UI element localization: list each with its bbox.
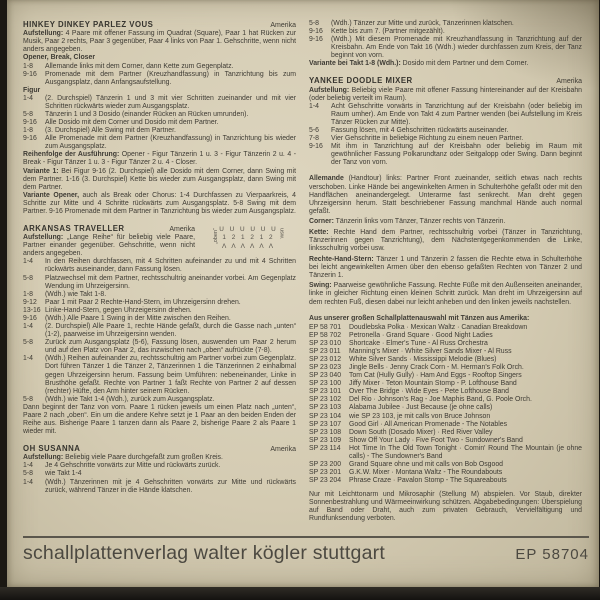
line-text: Fassung lösen, mit 4 Gehschritten rückwä…	[331, 127, 508, 134]
text-line: 9-16Kette bis zum 7. (Partner mitgezählt…	[309, 28, 582, 36]
measure-label: 5-8	[23, 275, 45, 283]
section-lines: 5-8(Wdh.) Tänzer zur Mitte und zurück, T…	[309, 20, 582, 68]
diagram-right-label: usw.	[278, 228, 285, 239]
record-entry: EP 58 702Petronella · Grand Square · Goo…	[309, 332, 582, 340]
record-titles: Jiffy Mixer · Teton Mountain Stomp - P. …	[349, 380, 517, 387]
record-entry: SP 23 114Hot Time In The Old Town Tonigh…	[309, 445, 582, 461]
line-text: Platzwechsel mit dem Partner, rechtsschu…	[45, 275, 296, 290]
record-titles: Show Off Your Lady · Five Foot Two - Sun…	[349, 437, 523, 444]
measure-label: 9-16	[23, 135, 45, 143]
line-text: (Wdh.) Tänzer zur Mitte und zurück, Tänz…	[331, 20, 514, 27]
care-notice: Nur mit Leichttonarm und Mikrosaphir (St…	[309, 491, 582, 523]
record-catalog-number: SP 23 200	[309, 461, 349, 469]
line-text: Beliebig viele Paare durchgefaßt zum gro…	[63, 454, 223, 461]
measure-label: 1-8	[23, 291, 45, 299]
record-titles: Del Rio · Johnson's Rag - Joe Maphis Ban…	[349, 396, 532, 403]
record-catalog-number: SP 23 023	[309, 364, 349, 372]
line-text: Promenade mit dem Partner (Kreuzhandfass…	[45, 71, 296, 86]
record-titles: Manning's Mixer · White Silver Sands Mix…	[349, 348, 512, 355]
measure-label: 9-16	[309, 36, 331, 44]
record-titles: G.K.W. Mixer · Montana Waltz - The Round…	[349, 469, 502, 476]
record-catalog-number: EP 58 701	[309, 324, 349, 332]
line-text: (2. Durchspiel) Alle Paare 1, rechte Hän…	[45, 323, 296, 338]
record-entry: SP 23 102Del Rio · Johnson's Rag - Joe M…	[309, 396, 582, 404]
text-line: 1-8Allemande links mit dem Corner, dann …	[23, 63, 296, 71]
text-line: Figur	[23, 87, 296, 95]
line-text: 4 Paare mit offener Fassung im Quadrat (…	[23, 30, 296, 53]
diagram-left-label: „oben“	[213, 228, 220, 244]
definition-term: Rechte-Hand-Stern:	[309, 256, 374, 263]
record-titles: Petronella · Grand Square · Good Night L…	[349, 332, 493, 339]
section-header: ARKANSAS TRAVELLER Amerika	[23, 224, 195, 234]
measure-label: 9-16	[23, 119, 45, 127]
section-definitions: Allemande (Handtour) links: Partner Fron…	[309, 175, 582, 306]
line-text: Kette bis zum 7. (Partner mitgezählt).	[331, 28, 445, 35]
section-region: Amerika	[270, 446, 296, 454]
text-line: 9-16(Wdh.) Mit diesem Promenade mit Kreu…	[309, 36, 582, 60]
record-titles: Hot Time In The Old Town Tonight · Comin…	[349, 445, 582, 460]
record-catalog-header: Aus unserer großen Schallplattenauswahl …	[309, 315, 582, 323]
text-columns: HINKEY DINKEY PARLEZ VOUS Amerika Aufste…	[23, 20, 588, 532]
publisher-name: schallplattenverlag walter kögler stuttg…	[23, 542, 385, 565]
definition-paragraph: Kette: Rechte Hand dem Partner, rechtssc…	[309, 229, 582, 253]
section-header: HINKEY DINKEY PARLEZ VOUS Amerika	[23, 20, 296, 30]
text-line: 1-4(Wdh.) Tänzerinnen mit je 4 Gehschrit…	[23, 479, 296, 495]
line-text: Je 4 Gehschritte vorwärts zur Mitte und …	[45, 462, 220, 469]
text-line: 5-8Zurück zum Ausgangsplatz (5-6), Fassu…	[23, 339, 296, 355]
record-entry: SP 23 201G.K.W. Mixer · Montana Waltz - …	[309, 469, 582, 477]
text-line: 5-8(Wdh.) wie Takt 1-4 (Wdh.), zurück zu…	[23, 396, 296, 404]
text-line: Variante 1: Bei Figur 9-16 (2. Durchspie…	[23, 168, 296, 192]
record-catalog-number: SP 23 011	[309, 348, 349, 356]
bold-lead: Reihenfolge der Ausführung:	[23, 151, 119, 158]
record-catalog-number: SP 23 108	[309, 429, 349, 437]
arkansas-header: ARKANSAS TRAVELLER Amerika Aufstellung: …	[23, 224, 296, 258]
definition-text: Paarweise gewöhnliche Fassung. Rechte Fü…	[309, 282, 582, 305]
definition-term: Kette:	[309, 229, 329, 236]
text-line: 1-4In den Reihen durchfassen, mit 4 Schr…	[23, 258, 296, 274]
measure-label: 9-16	[23, 315, 45, 323]
footer-bar: schallplattenverlag walter kögler stuttg…	[23, 536, 589, 565]
definition-paragraph: Swing: Paarweise gewöhnliche Fassung. Re…	[309, 282, 582, 306]
text-line: Aufstellung: „Lange Reihe“ für beliebig …	[23, 234, 195, 258]
line-text: Mit ihm in Tanzrichtung auf der Kreisbah…	[331, 143, 582, 166]
record-titles: wie SP 23 103, je mit calls von Bruce Jo…	[349, 413, 490, 420]
record-catalog-number: SP 23 010	[309, 340, 349, 348]
measure-label: 5-6	[309, 127, 331, 135]
text-line: Reihenfolge der Ausführung: Opener - Fig…	[23, 151, 296, 167]
measure-label: 5-8	[23, 470, 45, 478]
measure-label: 1-4	[23, 462, 45, 470]
section-title: HINKEY DINKEY PARLEZ VOUS	[23, 20, 153, 29]
line-text: Alle Dosido mit dem Corner und Dosido mi…	[45, 119, 219, 126]
record-titles: Phrase Craze · Pavalon Stomp - The Squar…	[349, 477, 507, 484]
section-lines: Aufstellung: 4 Paare mit offener Fassung…	[23, 30, 296, 216]
record-entry: SP 23 023Jingle Bells · Jenny Crack Corn…	[309, 364, 582, 372]
bold-lead: Aufstellung:	[23, 30, 63, 37]
left-column: HINKEY DINKEY PARLEZ VOUS Amerika Aufste…	[23, 20, 296, 532]
paper-background: HINKEY DINKEY PARLEZ VOUS Amerika Aufste…	[7, 0, 599, 587]
line-text: (2. Durchspiel) Tänzerin 1 und 3 mit vie…	[45, 95, 296, 110]
definition-paragraph: Corner: Tänzerin links vom Tänzer, Tänze…	[309, 218, 582, 226]
text-line: Dann beginnt der Tanz von vorn. Paare 1 …	[23, 404, 296, 436]
measure-label: 5-8	[23, 111, 45, 119]
record-titles: Jingle Bells · Jenny Crack Corn - M. Her…	[349, 364, 524, 371]
record-titles: Tom Cat (Hully Gully) · Ham And Eggs - R…	[349, 372, 522, 379]
diagram-row-dancers-up: U U U U U U	[219, 226, 278, 234]
section-oh-susanna: OH SUSANNA Amerika Aufstellung: Beliebig…	[23, 444, 296, 495]
record-titles: Alabama Jubilee · Just Because (je ohne …	[349, 404, 492, 411]
measure-label: 5-8	[309, 20, 331, 28]
text-line: 5-8Tänzerin 1 und 3 Dosido (einander Rüc…	[23, 111, 296, 119]
text-line: 9-16Alle Promenade mit dem Partner (Kreu…	[23, 135, 296, 151]
bold-lead: Aufstellung:	[23, 234, 63, 241]
diagram-row-numbers: 1 2 1 2 1 2	[219, 234, 278, 242]
measure-label: 9-12	[23, 299, 45, 307]
formation-diagram: „oben“ U U U U U U 1 2 1 2 1 2 Λ Λ Λ Λ Λ…	[201, 224, 296, 258]
line-text: Acht Gehschritte vorwärts in Tanzrichtun…	[331, 103, 582, 126]
text-line: 9-12Paar 1 mit Paar 2 Rechte-Hand-Stern,…	[23, 299, 296, 307]
record-catalog-number: SP 23 107	[309, 421, 349, 429]
record-sleeve-back: HINKEY DINKEY PARLEZ VOUS Amerika Aufste…	[0, 0, 600, 600]
text-line: 9-16Mit ihm in Tanzrichtung auf der Krei…	[309, 143, 582, 167]
text-line: 1-8(Wdh.) wie Takt 1-8.	[23, 291, 296, 299]
line-text: Tänzerin 1 und 3 Dosido (einander Rücken…	[45, 111, 248, 118]
record-titles: Down South (Dosado Mixer) · Red River Va…	[349, 429, 492, 436]
catalog-number: EP 58704	[515, 546, 589, 563]
text-line: 7-8Vier Gehschritte in beliebige Richtun…	[309, 135, 582, 143]
section-title: ARKANSAS TRAVELLER	[23, 224, 125, 233]
line-text: wie Takt 1-4	[45, 470, 82, 477]
text-line: Opener, Break, Closer	[23, 54, 296, 62]
definition-term: Corner:	[309, 218, 334, 225]
record-list: EP 58 701Doudlebska Polka · Mexican Walt…	[309, 324, 582, 486]
text-line: Variante bei Takt 1-8 (Wdh.): Dosido mit…	[309, 60, 582, 68]
text-line: 5-6Fassung lösen, mit 4 Gehschritten rüc…	[309, 127, 582, 135]
record-catalog-number: SP 23 040	[309, 372, 349, 380]
record-entry: SP 23 010Shortcake · Elmer's Tune - Al R…	[309, 340, 582, 348]
measure-label: 1-4	[23, 323, 45, 331]
record-catalog-number: SP 23 012	[309, 356, 349, 364]
line-text: Bei Figur 9-16 (2. Durchspiel) alle Dosi…	[23, 168, 296, 191]
record-entry: SP 23 101Over The Bridge · Wide Eyes - P…	[309, 388, 582, 396]
record-catalog-number: SP 23 102	[309, 396, 349, 404]
line-text: Paar 1 mit Paar 2 Rechte-Hand-Stern, im …	[45, 299, 241, 306]
text-line: Variante Opener, auch als Break oder Cho…	[23, 192, 296, 216]
measure-label: 1-4	[23, 355, 45, 363]
record-entry: SP 23 108Down South (Dosado Mixer) · Red…	[309, 429, 582, 437]
measure-label: 9-16	[309, 143, 331, 151]
record-entry: SP 23 200Grand Square ohne und mit calls…	[309, 461, 582, 469]
text-line: 13-16Linke-Hand-Stern, gegen Uhrzeigersi…	[23, 307, 296, 315]
section-hinkey-dinkey: HINKEY DINKEY PARLEZ VOUS Amerika Aufste…	[23, 20, 296, 216]
measure-label: 9-16	[309, 28, 331, 36]
record-catalog-number: SP 23 101	[309, 388, 349, 396]
text-line: 1-4(Wdh.) Reihen aufeinander zu, rechtss…	[23, 355, 296, 395]
diagram-row-dancers-down: Λ Λ Λ Λ Λ Λ	[219, 243, 278, 251]
line-text: (Wdh.) Mit diesem Promenade mit Kreuzhan…	[331, 36, 582, 59]
line-text: (Wdh.) Alle Paare 1 Swing in der Mitte z…	[45, 315, 231, 322]
measure-label: 1-4	[23, 479, 45, 487]
bold-lead: Variante 1:	[23, 168, 59, 175]
line-text: (Wdh.) Reihen aufeinander zu, rechtsschu…	[45, 355, 296, 394]
measure-label: 1-4	[309, 103, 331, 111]
bold-lead: Aufstellung:	[23, 454, 63, 461]
section-lines: Aufstellung: Beliebig viele Paare durchg…	[23, 454, 296, 494]
definition-text: Rechte Hand dem Partner, rechtsschultrig…	[309, 229, 582, 252]
bold-lead: Variante bei Takt 1-8 (Wdh.):	[309, 60, 401, 67]
section-header: OH SUSANNA Amerika	[23, 444, 296, 454]
text-line: 1-4(2. Durchspiel) Tänzerin 1 und 3 mit …	[23, 95, 296, 111]
line-text: Allemande links mit dem Corner, dann Ket…	[45, 63, 233, 70]
right-column: 5-8(Wdh.) Tänzer zur Mitte und zurück, T…	[309, 20, 582, 532]
text-line: 9-16(Wdh.) Alle Paare 1 Swing in der Mit…	[23, 315, 296, 323]
record-catalog-number: EP 58 702	[309, 332, 349, 340]
bold-lead: Aufstellung:	[309, 87, 349, 94]
record-catalog-number: SP 23 103	[309, 404, 349, 412]
photo-bottom-edge	[0, 587, 600, 600]
bold-lead: Variante Opener,	[23, 192, 79, 199]
section-lines: Aufstellung: Beliebig viele Paare mit of…	[309, 87, 582, 168]
section-header: YANKEE DOODLE MIXER Amerika	[309, 76, 582, 86]
arkansas-title-block: ARKANSAS TRAVELLER Amerika Aufstellung: …	[23, 224, 195, 258]
text-line: 5-8wie Takt 1-4	[23, 470, 296, 478]
line-text: Vier Gehschritte in beliebige Richtung z…	[331, 135, 523, 142]
record-entry: SP 23 104wie SP 23 103, je mit calls von…	[309, 413, 582, 421]
arkansas-aufstellung: Aufstellung: „Lange Reihe“ für beliebig …	[23, 234, 195, 258]
text-line: Aufstellung: Beliebig viele Paare durchg…	[23, 454, 296, 462]
record-catalog-number: SP 23 201	[309, 469, 349, 477]
line-text: Zurück zum Ausgangsplatz (5-6), Fassung …	[45, 339, 296, 354]
record-catalog-number: SP 23 100	[309, 380, 349, 388]
text-line: 5-8Platzwechsel mit dem Partner, rechtss…	[23, 275, 296, 291]
measure-label: 7-8	[309, 135, 331, 143]
bold-lead: Figur	[23, 87, 40, 94]
line-text: Dann beginnt der Tanz von vorn. Paare 1 …	[23, 404, 296, 435]
record-titles: Grand Square ohne und mit calls von Bob …	[349, 461, 503, 468]
record-entry: SP 23 204Phrase Craze · Pavalon Stomp - …	[309, 477, 582, 485]
text-line: 9-16Promenade mit dem Partner (Kreuzhand…	[23, 71, 296, 87]
diagram-rows: U U U U U U 1 2 1 2 1 2 Λ Λ Λ Λ Λ Λ	[219, 226, 278, 251]
record-entry: SP 23 107Good Girl · All American Promen…	[309, 421, 582, 429]
record-catalog-number: SP 23 114	[309, 445, 349, 453]
definition-text: (Handtour) links: Partner Front zueinand…	[309, 175, 582, 214]
section-record-catalog: Aus unserer großen Schallplattenauswahl …	[309, 315, 582, 524]
section-title: YANKEE DOODLE MIXER	[309, 76, 413, 85]
record-entry: EP 58 701Doudlebska Polka · Mexican Walt…	[309, 324, 582, 332]
text-line: Aufstellung: Beliebig viele Paare mit of…	[309, 87, 582, 103]
measure-label: 5-8	[23, 339, 45, 347]
record-entry: SP 23 040Tom Cat (Hully Gully) · Ham And…	[309, 372, 582, 380]
text-line: Aufstellung: 4 Paare mit offener Fassung…	[23, 30, 296, 54]
record-entry: SP 23 109Show Off Your Lady · Five Foot …	[309, 437, 582, 445]
line-text: Beliebig viele Paare mit offener Fassung…	[309, 87, 582, 102]
text-line: 1-4Acht Gehschritte vorwärts in Tanzrich…	[309, 103, 582, 127]
section-title: OH SUSANNA	[23, 444, 80, 453]
definition-paragraph: Allemande (Handtour) links: Partner Fron…	[309, 175, 582, 215]
measure-label: 13-16	[23, 307, 45, 315]
section-arkansas-traveller: ARKANSAS TRAVELLER Amerika Aufstellung: …	[23, 224, 296, 436]
record-titles: Over The Bridge · Wide Eyes - Pete Lofth…	[349, 388, 509, 395]
bold-lead: Opener, Break, Closer	[23, 54, 95, 61]
record-entry: SP 23 011Manning's Mixer · White Silver …	[309, 348, 582, 356]
definition-term: Allemande	[309, 175, 344, 182]
measure-label: 1-4	[23, 258, 45, 266]
line-text: (Wdh.) wie Takt 1-4 (Wdh.), zurück zum A…	[45, 396, 215, 403]
line-text: Dosido mit dem Partner und dem Corner.	[401, 60, 529, 67]
text-line: 1-4(2. Durchspiel) Alle Paare 1, rechte …	[23, 323, 296, 339]
line-text: (3. Durchspiel) Alle Swing mit dem Partn…	[45, 127, 176, 134]
record-titles: Doudlebska Polka · Mexican Waltz · Canad…	[349, 324, 527, 331]
measure-label: 9-16	[23, 71, 45, 79]
section-region: Amerika	[270, 22, 296, 30]
definition-term: Swing:	[309, 282, 332, 289]
section-oh-susanna-continued: 5-8(Wdh.) Tänzer zur Mitte und zurück, T…	[309, 20, 582, 68]
record-titles: White Silver Sands · Mississippi Melodie…	[349, 356, 496, 363]
measure-label: 5-8	[23, 396, 45, 404]
text-line: 9-16Alle Dosido mit dem Corner und Dosid…	[23, 119, 296, 127]
section-region: Amerika	[556, 78, 582, 86]
text-line: 1-8(3. Durchspiel) Alle Swing mit dem Pa…	[23, 127, 296, 135]
definition-paragraph: Rechte-Hand-Stern: Tänzer 1 und Tänzerin…	[309, 256, 582, 280]
section-lines: 1-4In den Reihen durchfassen, mit 4 Schr…	[23, 258, 296, 436]
measure-label: 1-8	[23, 127, 45, 135]
line-text: Alle Promenade mit dem Partner (Kreuzhan…	[45, 135, 296, 150]
definition-paragraphs: Allemande (Handtour) links: Partner Fron…	[309, 175, 582, 306]
definition-text: Tänzerin links vom Tänzer, Tänzer rechts…	[334, 218, 505, 225]
measure-label: 1-8	[23, 63, 45, 71]
section-yankee-doodle-mixer: YANKEE DOODLE MIXER Amerika Aufstellung:…	[309, 76, 582, 167]
measure-label: 1-4	[23, 95, 45, 103]
text-line: 5-8(Wdh.) Tänzer zur Mitte und zurück, T…	[309, 20, 582, 28]
line-text: (Wdh.) Tänzerinnen mit je 4 Gehschritten…	[45, 479, 296, 494]
section-region: Amerika	[169, 226, 195, 234]
record-catalog-number: SP 23 109	[309, 437, 349, 445]
record-titles: Good Girl · All American Promenade - The…	[349, 421, 507, 428]
record-titles: Shortcake · Elmer's Tune - Al Russ Orche…	[349, 340, 488, 347]
record-entry: SP 23 100Jiffy Mixer · Teton Mountain St…	[309, 380, 582, 388]
line-text: (Wdh.) wie Takt 1-8.	[45, 291, 106, 298]
line-text: In den Reihen durchfassen, mit 4 Schritt…	[45, 258, 296, 273]
content-area: HINKEY DINKEY PARLEZ VOUS Amerika Aufste…	[23, 20, 588, 532]
line-text: Linke-Hand-Stern, gegen Uhrzeigersinn dr…	[45, 307, 192, 314]
record-entry: SP 23 103Alabama Jubilee · Just Because …	[309, 404, 582, 412]
record-catalog-number: SP 23 204	[309, 477, 349, 485]
record-entry: SP 23 012White Silver Sands · Mississipp…	[309, 356, 582, 364]
record-catalog-number: SP 23 104	[309, 413, 349, 421]
text-line: 1-4Je 4 Gehschritte vorwärts zur Mitte u…	[23, 462, 296, 470]
